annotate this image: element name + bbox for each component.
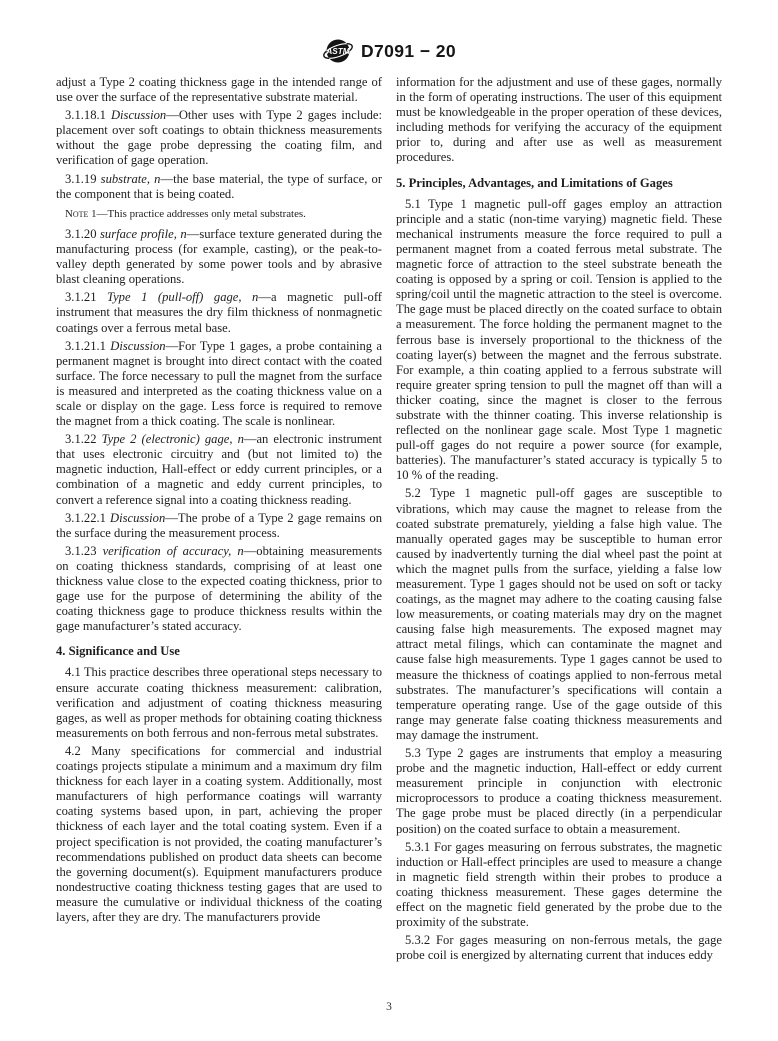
- paragraph: 3.1.20 surface profile, n—surface textur…: [56, 227, 382, 287]
- two-column-body: adjust a Type 2 coating thickness gage i…: [0, 66, 778, 987]
- doc-number-title: D7091 − 20: [361, 41, 456, 62]
- paragraph: adjust a Type 2 coating thickness gage i…: [56, 75, 382, 105]
- column-right: information for the adjustment and use o…: [396, 75, 722, 987]
- paragraph: information for the adjustment and use o…: [396, 75, 722, 166]
- page-number: 3: [0, 1001, 778, 1013]
- section-heading: 4. Significance and Use: [56, 644, 382, 659]
- paragraph: 4.2 Many specifications for commercial a…: [56, 744, 382, 925]
- astm-logo-letters: ASTM: [325, 47, 349, 56]
- paragraph: 3.1.22 Type 2 (electronic) gage, n—an el…: [56, 432, 382, 507]
- document-page: ASTM D7091 − 20 adjust a Type 2 coating …: [0, 0, 778, 1041]
- paragraph: 3.1.21 Type 1 (pull-off) gage, n—a magne…: [56, 290, 382, 335]
- paragraph: 4.1 This practice describes three operat…: [56, 665, 382, 740]
- astm-logo-icon: ASTM: [322, 36, 354, 66]
- paragraph: 3.1.19 substrate, n—the base material, t…: [56, 172, 382, 202]
- paragraph: 3.1.23 verification of accuracy, n—obtai…: [56, 544, 382, 635]
- column-left: adjust a Type 2 coating thickness gage i…: [56, 75, 382, 987]
- section-heading: 5. Principles, Advantages, and Limitatio…: [396, 176, 722, 191]
- paragraph: 3.1.21.1 Discussion—For Type 1 gages, a …: [56, 339, 382, 430]
- paragraph: 5.3.1 For gages measuring on ferrous sub…: [396, 840, 722, 931]
- paragraph: 5.2 Type 1 magnetic pull-off gages are s…: [396, 486, 722, 743]
- paragraph: 3.1.18.1 Discussion—Other uses with Type…: [56, 108, 382, 168]
- paragraph: 5.1 Type 1 magnetic pull-off gages emplo…: [396, 197, 722, 484]
- paragraph: 5.3.2 For gages measuring on non-ferrous…: [396, 933, 722, 963]
- paragraph: 5.3 Type 2 gages are instruments that em…: [396, 746, 722, 837]
- document-header: ASTM D7091 − 20: [0, 0, 778, 66]
- paragraph: 3.1.22.1 Discussion—The probe of a Type …: [56, 511, 382, 541]
- note-paragraph: Note 1—This practice addresses only meta…: [56, 208, 382, 221]
